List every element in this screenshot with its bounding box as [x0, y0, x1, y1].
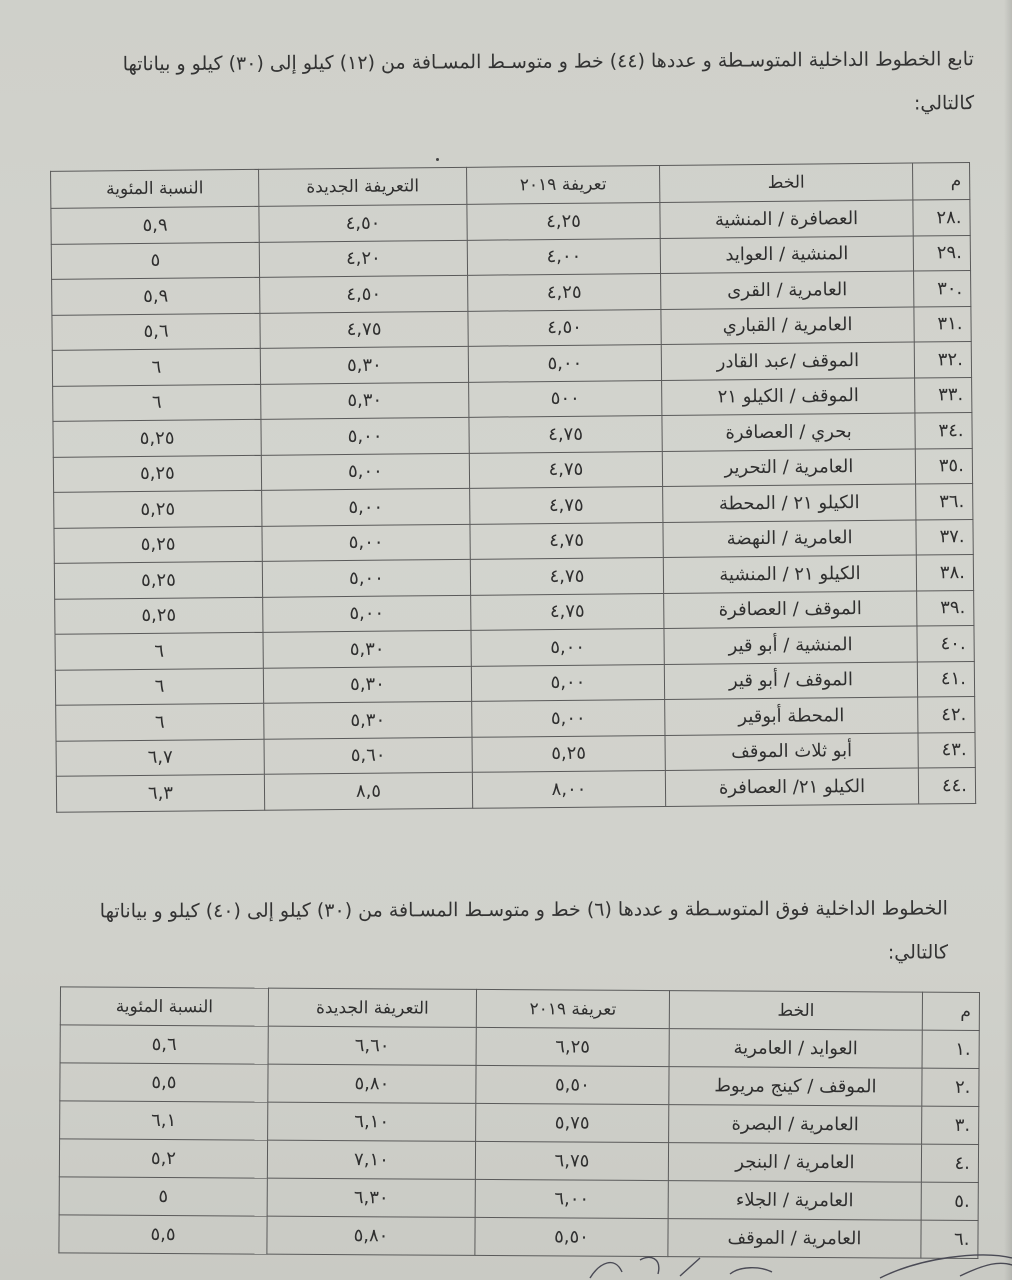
row-new-fare: ٦,١٠ [268, 1102, 476, 1141]
row-line: المحطة أبوقير [665, 697, 918, 735]
header-fare-2019: تعريفة ٢٠١٩ [476, 989, 669, 1028]
row-num: .١ [922, 1030, 979, 1068]
row-line: العامرية / النهضة [663, 520, 916, 558]
row-num: .٤١ [917, 661, 974, 697]
row-num: .٥ [921, 1182, 978, 1220]
row-new-fare: ٤,٢٠ [259, 240, 467, 277]
row-new-fare: ٥,٠٠ [261, 417, 469, 454]
row-new-fare: ٨,٥ [264, 772, 472, 809]
row-percentage: ٥ [51, 242, 259, 279]
table-row: .٤٤الكيلو ٢١/ العصافرة٨,٠٠٨,٥٦,٣ [56, 767, 975, 811]
row-fare-2019: ٥,٥٠ [476, 1065, 669, 1104]
row-line: العامرية / الجلاء [668, 1181, 921, 1221]
row-fare-2019: ٤,٥٠ [468, 309, 661, 346]
row-num: .٤٣ [918, 732, 975, 768]
row-num: .٣٧ [916, 519, 973, 555]
row-new-fare: ٥,٣٠ [260, 346, 468, 383]
row-new-fare: ٥,٣٠ [263, 666, 471, 703]
row-fare-2019: ٥,٠٠ [468, 344, 661, 381]
header-new-fare: التعريفة الجديدة [268, 988, 476, 1027]
row-percentage: ٥,٢٥ [53, 455, 261, 492]
header-line: الخط [669, 991, 922, 1031]
row-num: .٣٦ [916, 483, 973, 519]
table-row: .٤العامرية / البنجر٦,٧٥٧,١٠٥,٢ [59, 1139, 978, 1183]
row-percentage: ٥,٢٥ [54, 561, 262, 598]
row-num: .٤ [921, 1144, 978, 1182]
section2-intro-line-1: الخطوط الداخلية فوق المتوسـطة و عددها (٦… [48, 886, 948, 933]
row-percentage: ٦ [55, 668, 263, 705]
row-num: .٣١ [914, 306, 971, 342]
header-percentage: النسبة المئوية [51, 169, 259, 208]
row-fare-2019: ٤,٧٥ [470, 557, 663, 594]
table-row: .٥العامرية / الجلاء٦,٠٠٦,٣٠٥ [59, 1177, 978, 1221]
row-percentage: ٥,٦ [52, 313, 260, 350]
row-line: العامرية / القباري [661, 307, 914, 345]
row-fare-2019: ٥,٧٥ [476, 1103, 669, 1142]
row-percentage: ٥,٩ [51, 206, 259, 243]
row-num: .٢ [922, 1068, 979, 1106]
row-line: العامرية / القرى [661, 271, 914, 309]
row-percentage: ٦ [53, 384, 261, 421]
row-new-fare: ٧,١٠ [267, 1140, 475, 1179]
row-fare-2019: ٤,٧٥ [469, 451, 662, 488]
row-new-fare: ٤,٥٠ [260, 275, 468, 312]
row-new-fare: ٥,٠٠ [262, 524, 470, 561]
row-line: الكيلو ٢١ / المنشية [663, 555, 916, 593]
row-fare-2019: ٨,٠٠ [472, 770, 665, 807]
row-line: الكيلو ٢١ / المحطة [663, 484, 916, 522]
row-new-fare: ٦,٣٠ [267, 1178, 475, 1217]
row-num: .٣٩ [917, 590, 974, 626]
page-edge-shadow [1004, 0, 1012, 1280]
row-percentage: ٦ [52, 348, 260, 385]
row-fare-2019: ٤,٢٥ [468, 273, 661, 310]
header-fare-2019: تعريفة ٢٠١٩ [467, 165, 660, 204]
row-percentage: ٦,٣ [56, 774, 264, 811]
row-line: الموقف / كينج مريوط [669, 1067, 922, 1107]
row-new-fare: ٤,٥٠ [259, 204, 467, 241]
row-line: المنشية / العوايد [660, 236, 913, 274]
row-fare-2019: ٦,٢٥ [476, 1027, 669, 1066]
row-num: .٤٢ [918, 696, 975, 732]
row-percentage: ٥,٢٥ [55, 597, 263, 634]
row-fare-2019: ٥,٠٠ [471, 628, 664, 665]
row-line: الموقف /عبد القادر [661, 342, 914, 380]
scanned-document-page: تابع الخطوط الداخلية المتوسـطة و عددها (… [0, 0, 1012, 1280]
row-num: .٤٠ [917, 625, 974, 661]
row-new-fare: ٥,٣٠ [261, 382, 469, 419]
row-percentage: ٦ [56, 703, 264, 740]
row-fare-2019: ٤,٧٥ [469, 415, 662, 452]
row-percentage: ٥,٢٥ [54, 526, 262, 563]
row-percentage: ٦,٧ [56, 739, 264, 776]
header-line: الخط [660, 163, 913, 202]
row-new-fare: ٤,٧٥ [260, 311, 468, 348]
row-line: العوايد / العامرية [669, 1029, 922, 1069]
row-new-fare: ٥,٨٠ [268, 1064, 476, 1103]
table-row: .١العوايد / العامرية٦,٢٥٦,٦٠٥,٦ [60, 1025, 979, 1069]
row-num: .٤٤ [918, 767, 975, 803]
row-num: .٣ [922, 1106, 979, 1144]
row-line: العامرية / البنجر [668, 1143, 921, 1183]
header-percentage: النسبة المئوية [60, 987, 268, 1026]
row-percentage: ٥,٥ [59, 1215, 267, 1254]
row-fare-2019: ٤,٧٥ [470, 486, 663, 523]
row-line: الموقف / أبو قير [664, 662, 917, 700]
row-num: .٣٨ [916, 554, 973, 590]
row-line: بحري / العصافرة [662, 413, 915, 451]
header-new-fare: التعريفة الجديدة [259, 167, 467, 206]
row-fare-2019: ٤,٠٠ [467, 238, 660, 275]
row-num: .٣٥ [915, 448, 972, 484]
section1-intro-line-2: كالتالي: [34, 81, 974, 131]
row-fare-2019: ٥,٠٠ [472, 699, 665, 736]
section2-fares-table: م الخط تعريفة ٢٠١٩ التعريفة الجديدة النس… [58, 986, 980, 1259]
row-fare-2019: ٦,٠٠ [475, 1179, 668, 1218]
row-fare-2019: ٤,٢٥ [467, 202, 660, 239]
row-num: .٣٠ [914, 270, 971, 306]
row-line: العامرية / البصرة [669, 1105, 922, 1145]
section1-fares-table: م الخط تعريفة ٢٠١٩ التعريفة الجديدة النس… [50, 162, 976, 812]
row-num: .٣٤ [915, 412, 972, 448]
row-fare-2019: ٤,٧٥ [471, 593, 664, 630]
row-percentage: ٥,٦ [60, 1025, 268, 1064]
row-line: أبو ثلاث الموقف [665, 733, 918, 771]
row-new-fare: ٥,٣٠ [263, 630, 471, 667]
header-num: م [922, 992, 979, 1030]
row-fare-2019: ٦,٧٥ [475, 1141, 668, 1180]
row-new-fare: ٥,٨٠ [267, 1216, 475, 1255]
row-percentage: ٦,١ [60, 1101, 268, 1140]
row-percentage: ٥,٢٥ [54, 490, 262, 527]
table-row: .٣العامرية / البصرة٥,٧٥٦,١٠٦,١ [60, 1101, 979, 1145]
row-new-fare: ٥,٠٠ [262, 559, 470, 596]
row-line: العصافرة / المنشية [660, 200, 913, 238]
row-line: المنشية / أبو قير [664, 626, 917, 664]
ink-dot [436, 158, 439, 161]
row-line: الكيلو ٢١/ العصافرة [665, 768, 918, 806]
row-line: الموقف / الكيلو ٢١ [662, 378, 915, 416]
row-fare-2019: ٥,٥٠ [475, 1217, 668, 1256]
header-num: م [913, 163, 970, 201]
row-percentage: ٥,٩ [52, 277, 260, 314]
row-fare-2019: ٥٠٠ [469, 380, 662, 417]
row-new-fare: ٥,٠٠ [262, 488, 470, 525]
handwritten-signature-icon [400, 1252, 1012, 1280]
section1-intro-line-1: تابع الخطوط الداخلية المتوسـطة و عددها (… [34, 37, 974, 87]
row-fare-2019: ٥,٠٠ [471, 664, 664, 701]
row-percentage: ٥,٢٥ [53, 419, 261, 456]
section2-intro-line-2: كالتالي: [48, 930, 948, 977]
row-new-fare: ٥,٦٠ [264, 737, 472, 774]
row-new-fare: ٥,٠٠ [263, 595, 471, 632]
row-line: العامرية / التحرير [662, 449, 915, 487]
row-new-fare: ٦,٦٠ [268, 1026, 476, 1065]
row-percentage: ٥ [59, 1177, 267, 1216]
row-percentage: ٥,٢ [59, 1139, 267, 1178]
row-new-fare: ٥,٣٠ [264, 701, 472, 738]
row-fare-2019: ٥,٢٥ [472, 735, 665, 772]
row-num: .٣٣ [915, 377, 972, 413]
row-percentage: ٥,٥ [60, 1063, 268, 1102]
section1-intro: تابع الخطوط الداخلية المتوسـطة و عددها (… [34, 37, 975, 131]
section2-intro: الخطوط الداخلية فوق المتوسـطة و عددها (٦… [48, 886, 948, 977]
row-new-fare: ٥,٠٠ [261, 453, 469, 490]
row-line: الموقف / العصافرة [664, 591, 917, 629]
row-num: .٣٢ [914, 341, 971, 377]
row-num: .٢٩ [913, 235, 970, 271]
table-header-row: م الخط تعريفة ٢٠١٩ التعريفة الجديدة النس… [60, 987, 979, 1031]
row-fare-2019: ٤,٧٥ [470, 522, 663, 559]
row-num: .٢٨ [913, 200, 970, 236]
table-row: .٢الموقف / كينج مريوط٥,٥٠٥,٨٠٥,٥ [60, 1063, 979, 1107]
row-percentage: ٦ [55, 632, 263, 669]
